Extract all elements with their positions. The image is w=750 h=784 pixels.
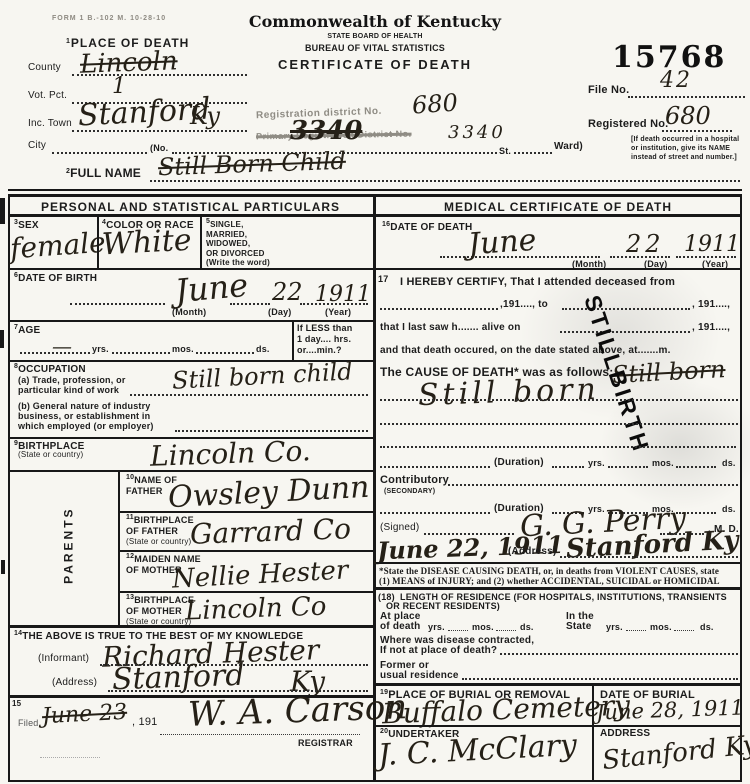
sign-address-label: (Address) [508,546,556,558]
father-birthplace-label: 11BIRTHPLACE OF FATHER (State or country… [126,514,194,546]
day-caption: (Day) [268,307,292,318]
mother-label-line: MAIDEN NAME [134,554,201,564]
age-less-line: or....min.? [297,345,352,356]
form-number-note: FORM 1 B.-102 M. 10-28-10 [52,15,166,23]
age-text: AGE [18,325,40,336]
dod-num: 16 [382,221,390,228]
dotted-line [380,466,490,468]
dotted-line [230,303,270,305]
at-place-ds: ds. [520,622,534,633]
age-less-line: 1 day.... hrs. [297,334,352,345]
birthplace-value: Lincoln Co. [150,437,312,471]
cause-value: Still born [418,375,601,411]
rule [376,725,740,727]
dotted-line [175,430,368,432]
at-place-mos: mos. [472,622,494,633]
dod-text: DATE OF DEATH [390,222,472,233]
father-bp-label-line: OF FATHER [126,526,194,537]
dob-label: 6DATE OF BIRTH [14,272,97,285]
undertaker-value: J. C. McClary [377,731,577,771]
marital-line: MARRIED, [206,230,270,240]
registrar-signature: W. A. Carson [187,690,407,732]
mother-bp-num: 13 [126,594,134,601]
death-certificate-scan: FORM 1 B.-102 M. 10-28-10 Commonwealth o… [0,0,750,784]
age-yrs-label: yrs. [92,344,109,355]
duration2-ds: ds. [722,504,736,515]
header-center: Commonwealth of Kentucky STATE BOARD OF … [225,12,525,73]
hospital-note: [If death occurred in a hospital or inst… [631,136,743,162]
dotted-line [552,466,584,468]
at-place-line-2: of death [380,621,421,633]
rule [376,587,740,590]
dotted-line [380,446,736,448]
contributory-label: Contributory [380,474,449,487]
occupation-b-line: which employed (or employer) [18,421,154,432]
age-less-line: If LESS than [297,323,352,334]
inc-town-state: Ky [190,104,220,128]
file-no-value: 42 [660,70,692,92]
dotted-line [496,630,516,631]
sex-value: female [9,229,106,264]
dotted-line [610,256,670,258]
dotted-line [380,308,498,310]
father-bp-sub: (State or country) [126,537,194,547]
district-number-struck: 3340 [290,118,362,144]
dotted-line [72,130,247,132]
dotted-line [628,96,745,98]
duration-mos: mos. [652,458,674,469]
personal-section-title: PERSONAL AND STATISTICAL PARTICULARS [8,200,373,214]
informant-label: (Informant) [38,653,89,665]
dotted-line [514,152,552,154]
city-st-label: St. [499,146,511,157]
rule [376,683,740,686]
vot-pct-label: Vot. Pct. [28,90,67,102]
marital-line: SINGLE, [210,220,243,229]
dotted-line [560,556,738,558]
county-label: County [28,62,61,74]
occupation-a-line: particular kind of work [18,385,119,396]
dotted-line [662,130,732,132]
dotted-line [674,630,694,631]
dotted-line [160,734,360,735]
dotted-line [448,484,738,486]
footnote-line-2: (1) MEANS of INJURY; and (2) whether ACC… [379,576,720,587]
certify-line-2b: , 191...., [692,299,730,311]
mother-birthplace-value: Lincoln Co [185,594,327,625]
rule [292,320,294,360]
registered-no-value: 680 [665,104,711,128]
marital-label-block: 5SINGLE, MARRIED, WIDOWED, OR DIVORCED (… [206,218,270,268]
rule [118,591,373,593]
burial-date-value: June 28, 1911 [596,697,745,723]
mother-num: 12 [126,553,134,560]
dotted-line [300,303,368,305]
certify-line-3b: , 191...., [692,322,730,334]
father-bp-num: 11 [126,514,134,521]
undertaker-num: 20 [380,728,388,735]
certify-line-2a: ,191...., to [500,299,548,311]
state-board-line: STATE BOARD OF HEALTH [225,33,525,41]
city-ward-label: Ward) [554,141,583,153]
father-bp-label-line: BIRTHPLACE [134,515,194,525]
rule [8,214,373,217]
secondary-label: (SECONDARY) [384,488,435,496]
rule [8,780,742,782]
father-num: 10 [126,474,134,481]
scan-artifact [0,330,4,348]
rule [118,550,373,552]
dob-text: DATE OF BIRTH [18,273,97,284]
full-name-text: FULL NAME [70,166,141,180]
rule [97,214,99,268]
certify-line-3a: that I last saw h....... alive on [380,322,521,334]
mother-name-value: Nellie Hester [171,557,349,592]
filed-num: 15 [12,699,21,709]
dod-label: 16DATE OF DEATH [382,221,472,234]
dotted-line [608,466,648,468]
registration-district-number: 680 [411,90,458,117]
dod-month-value: June [467,226,537,261]
race-value: White [101,226,192,261]
age-less-block: If LESS than 1 day.... hrs. or....min.? [297,323,352,355]
certify-line-1: I HEREBY CERTIFY, That I attended deceas… [400,276,675,289]
scan-artifact [1,560,5,574]
filed-year-print: , 191 [132,716,157,729]
at-place-yrs: yrs. [428,622,445,633]
rule [8,194,10,782]
rule [376,268,740,270]
dotted-line [380,512,490,514]
city-label: City [28,140,46,152]
father-birthplace-value: Garrard Co [190,515,352,549]
sex-text: SEX [18,220,39,231]
occupation-value: Still born child [171,359,353,392]
age-mos-label: mos. [172,344,194,355]
dotted-line [20,352,90,354]
bureau-line: BUREAU OF VITAL STATISTICS [225,43,525,54]
dob-day-value: 22 [272,280,303,304]
in-state-mos: mos. [650,622,672,633]
father-name-value: Owsley Dunn [167,473,370,514]
dotted-line [196,352,254,354]
dotted-line [150,180,740,182]
dod-day-value: 22 [626,232,665,256]
parents-vertical-label: PARENTS [62,506,76,583]
undertaker-address-label: ADDRESS [600,728,650,740]
in-state-ds: ds. [700,622,714,633]
attest-num: 14 [14,630,22,637]
month-caption: (Month) [172,307,206,318]
rule [8,189,742,191]
former-line-2: usual residence [380,670,459,682]
dotted-line [380,399,738,401]
age-label: 7AGE [14,324,40,337]
burial-num: 19 [380,689,388,696]
vot-pct-value: 1 [112,76,126,98]
rule [376,214,740,217]
occupation-text: OCCUPATION [18,364,86,375]
dotted-line [500,653,738,655]
full-name-label: 2FULL NAME [66,166,141,180]
in-state-line-2: State [566,621,591,633]
certificate-title: CERTIFICATE OF DEATH [225,57,525,73]
district-number-2: 3340 [448,124,506,142]
dotted-line [112,352,170,354]
duration-caption: (Duration) [494,457,544,469]
informant-address-label: (Address) [52,677,97,689]
filed-label: Filed [18,718,39,729]
in-state-yrs: yrs. [606,622,623,633]
dotted-line [380,423,738,425]
rule [200,214,202,268]
rule [740,194,742,782]
rule [8,625,373,628]
certify-num: 17 [378,274,388,285]
marital-line: OR DIVORCED [206,249,270,259]
signed-label: (Signed) [380,522,419,534]
dotted-line [626,630,646,631]
full-name-value: Still Born Child [158,149,347,180]
registrar-label: REGISTRAR [298,738,353,749]
dotted-line [448,630,468,631]
dotted-line [676,256,736,258]
dotted-line [70,303,165,305]
commonwealth-title: Commonwealth of Kentucky [225,12,525,31]
duration-yrs: yrs. [588,458,605,469]
burial-value: Buffalo Cemetery [382,692,631,729]
year-caption: (Year) [325,307,351,318]
dotted-line [676,466,716,468]
scan-artifact [40,757,100,758]
dotted-line [130,394,368,396]
dod-year-value: 1911 [684,234,740,256]
inc-town-label: Inc. Town [28,118,72,130]
marital-line: WIDOWED, [206,239,270,249]
certify-line-4: and that death occured, on the date stat… [380,345,671,357]
rule [118,470,120,625]
dotted-line [72,74,247,76]
filed-date-value: June 23 [41,702,127,728]
birthplace-sub: (State or country) [18,450,83,460]
duration-ds: ds. [722,458,736,469]
registered-no-label: Registered No. [588,118,668,131]
age-ds-label: ds. [256,344,270,355]
dotted-line [52,152,147,154]
medical-section-title: MEDICAL CERTIFICATE OF DEATH [376,200,740,214]
scan-artifact [0,198,5,224]
dotted-line [462,678,738,680]
file-no-label: File No. [588,84,629,97]
rule [8,320,373,322]
rule [376,562,740,564]
dob-month-value: June [174,269,249,307]
dotted-line [560,331,690,333]
contracted-line-2: If not at place of death? [380,645,497,657]
